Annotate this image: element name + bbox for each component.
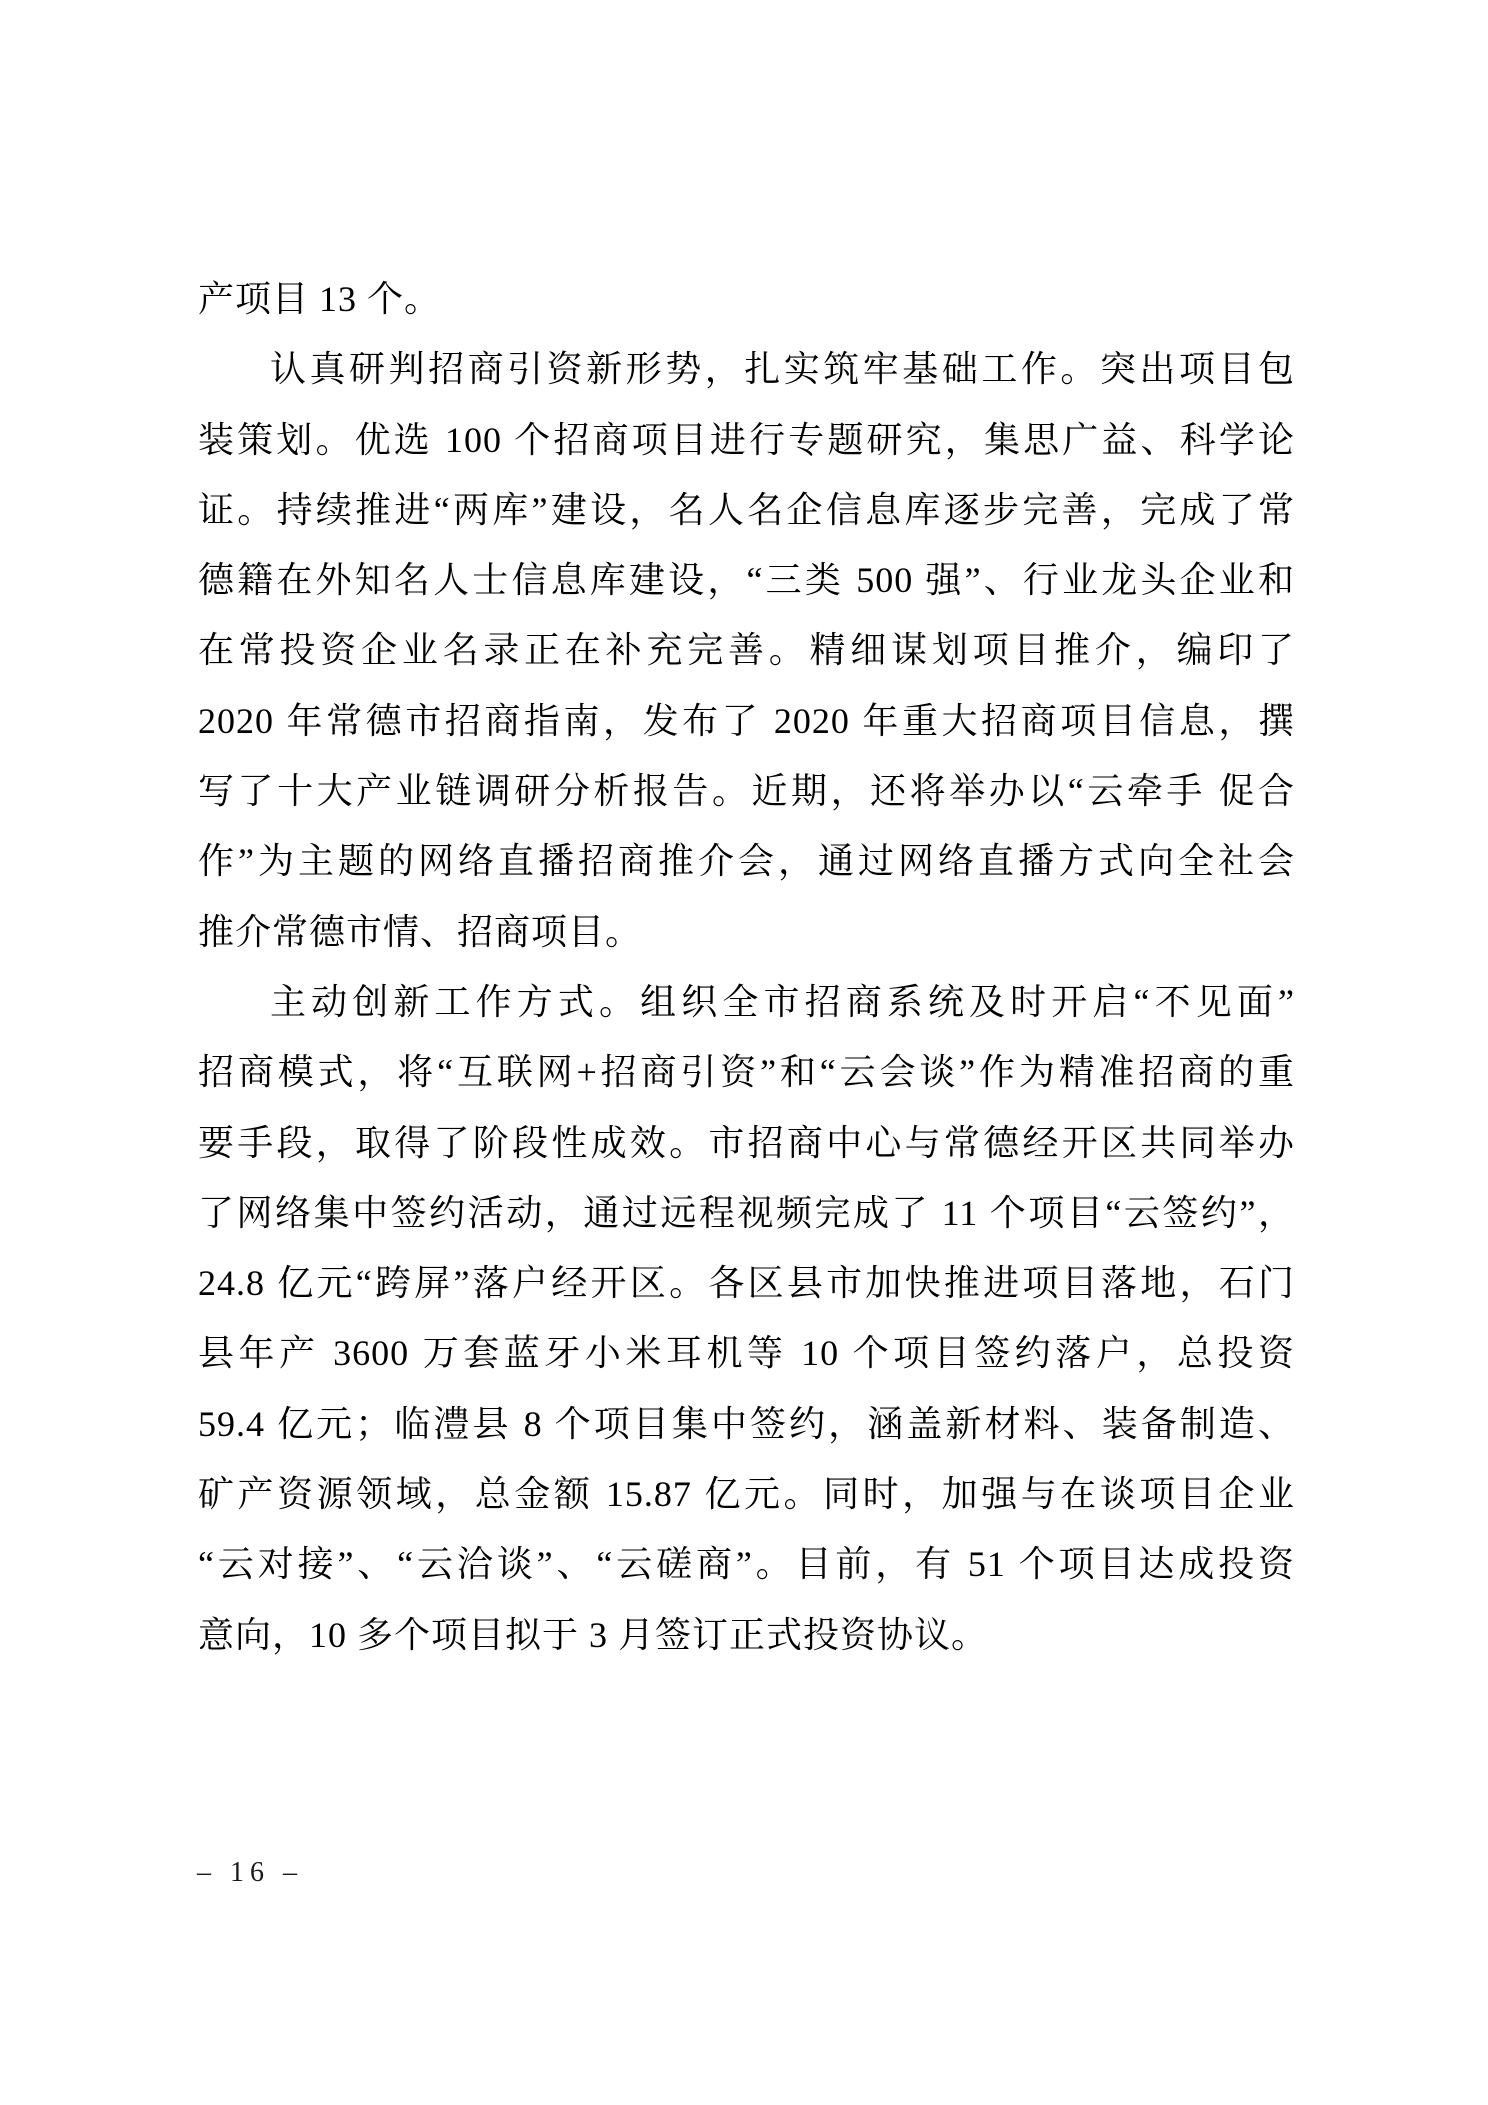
text-line: 要手段，取得了阶段性成效。市招商中心与常德经开区共同举办 <box>198 1108 1295 1178</box>
text-line: 写了十大产业链调研分析报告。近期，还将举办以“云牵手 促合 <box>198 756 1295 826</box>
text-line: 作”为主题的网络直播招商推介会，通过网络直播方式向全社会 <box>198 826 1295 896</box>
text-line: 在常投资企业名录正在补充完善。精细谋划项目推介，编印了 <box>198 615 1295 685</box>
text-line: 证。持续推进“两库”建设，名人名企信息库逐步完善，完成了常 <box>198 475 1295 545</box>
document-page: 产项目 13 个。认真研判招商引资新形势，扎实筑牢基础工作。突出项目包装策划。优… <box>0 0 1488 2105</box>
text-line: 认真研判招商引资新形势，扎实筑牢基础工作。突出项目包 <box>198 334 1295 404</box>
text-line: 2020 年常德市招商指南，发布了 2020 年重大招商项目信息，撰 <box>198 686 1295 756</box>
text-line: 装策划。优选 100 个招商项目进行专题研究，集思广益、科学论 <box>198 405 1295 475</box>
text-line: 59.4 亿元；临澧县 8 个项目集中签约，涵盖新材料、装备制造、 <box>198 1389 1295 1459</box>
text-line: 意向，10 多个项目拟于 3 月签订正式投资协议。 <box>198 1600 1295 1670</box>
text-line: 24.8 亿元“跨屏”落户经开区。各区县市加快推进项目落地，石门 <box>198 1248 1295 1318</box>
text-line: 了网络集中签约活动，通过远程视频完成了 11 个项目“云签约”， <box>198 1178 1295 1248</box>
text-line: 产项目 13 个。 <box>198 264 1295 334</box>
text-line: 县年产 3600 万套蓝牙小米耳机等 10 个项目签约落户，总投资 <box>198 1318 1295 1388</box>
text-line: 德籍在外知名人士信息库建设，“三类 500 强”、行业龙头企业和 <box>198 545 1295 615</box>
text-line: 矿产资源领域，总金额 15.87 亿元。同时，加强与在谈项目企业 <box>198 1459 1295 1529</box>
text-line: 招商模式，将“互联网+招商引资”和“云会谈”作为精准招商的重 <box>198 1037 1295 1107</box>
text-line: 推介常德市情、招商项目。 <box>198 897 1295 967</box>
page-number: – 16 – <box>197 1858 303 1888</box>
text-line: 主动创新工作方式。组织全市招商系统及时开启“不见面” <box>198 967 1295 1037</box>
text-body: 产项目 13 个。认真研判招商引资新形势，扎实筑牢基础工作。突出项目包装策划。优… <box>198 264 1295 1670</box>
text-line: “云对接”、“云洽谈”、“云磋商”。目前，有 51 个项目达成投资 <box>198 1529 1295 1599</box>
